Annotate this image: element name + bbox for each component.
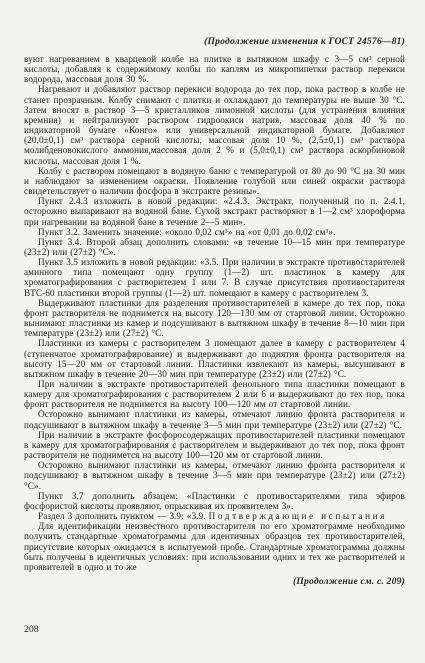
paragraph: Пункт 3.7 дополнить абзацем: «Пластинки … [24, 491, 405, 511]
paragraph: Пластинки из камеры с растворителем 3 по… [24, 338, 405, 379]
continuation-footer-note: (Продолжение см. с. 209) [24, 576, 405, 587]
emphasized-spaced-text: Подтверждающие испытания [209, 511, 387, 521]
document-page: (Продолжение изменения к ГОСТ 24576—81) … [0, 0, 425, 663]
paragraph: вуют нагреванием в кварцевой колбе на пл… [24, 54, 405, 84]
page-number: 208 [24, 624, 39, 635]
paragraph: Колбу с раствором помещают в водяную бан… [24, 166, 405, 196]
paragraph-lead-text: Раздел 3 дополнить пунктом — 3.9: «3.9. [38, 511, 209, 521]
paragraph: Пункт 3.5 изложить в новой редакции: «3.… [24, 257, 405, 298]
paragraph: Осторожно вынимают пластинки из камеры, … [24, 460, 405, 490]
paragraph: При наличии в экстракте фосфоросодержащи… [24, 430, 405, 460]
document-body: вуют нагреванием в кварцевой колбе на пл… [24, 54, 405, 572]
paragraph: Пункт 3.4. Второй абзац дополнить словам… [24, 237, 405, 257]
paragraph: Раздел 3 дополнить пунктом — 3.9: «3.9. … [24, 511, 405, 521]
paragraph: Пункт 3.2. Заменить значение: «около 0,0… [24, 227, 405, 237]
paragraph: Нагревают и добавляют раствор перекиси в… [24, 84, 405, 165]
paragraph: Выдерживают пластинки для разделения про… [24, 298, 405, 339]
paragraph: Осторожно вынимают пластинки из камеры, … [24, 409, 405, 429]
continuation-header-note: (Продолжение изменения к ГОСТ 24576—81) [24, 36, 405, 47]
paragraph: При наличии в экстракте противостарителе… [24, 379, 405, 409]
paragraph: Пункт 2.4.3 изложить в новой редакции: «… [24, 196, 405, 226]
paragraph: Для идентификации неизвестного противост… [24, 521, 405, 572]
